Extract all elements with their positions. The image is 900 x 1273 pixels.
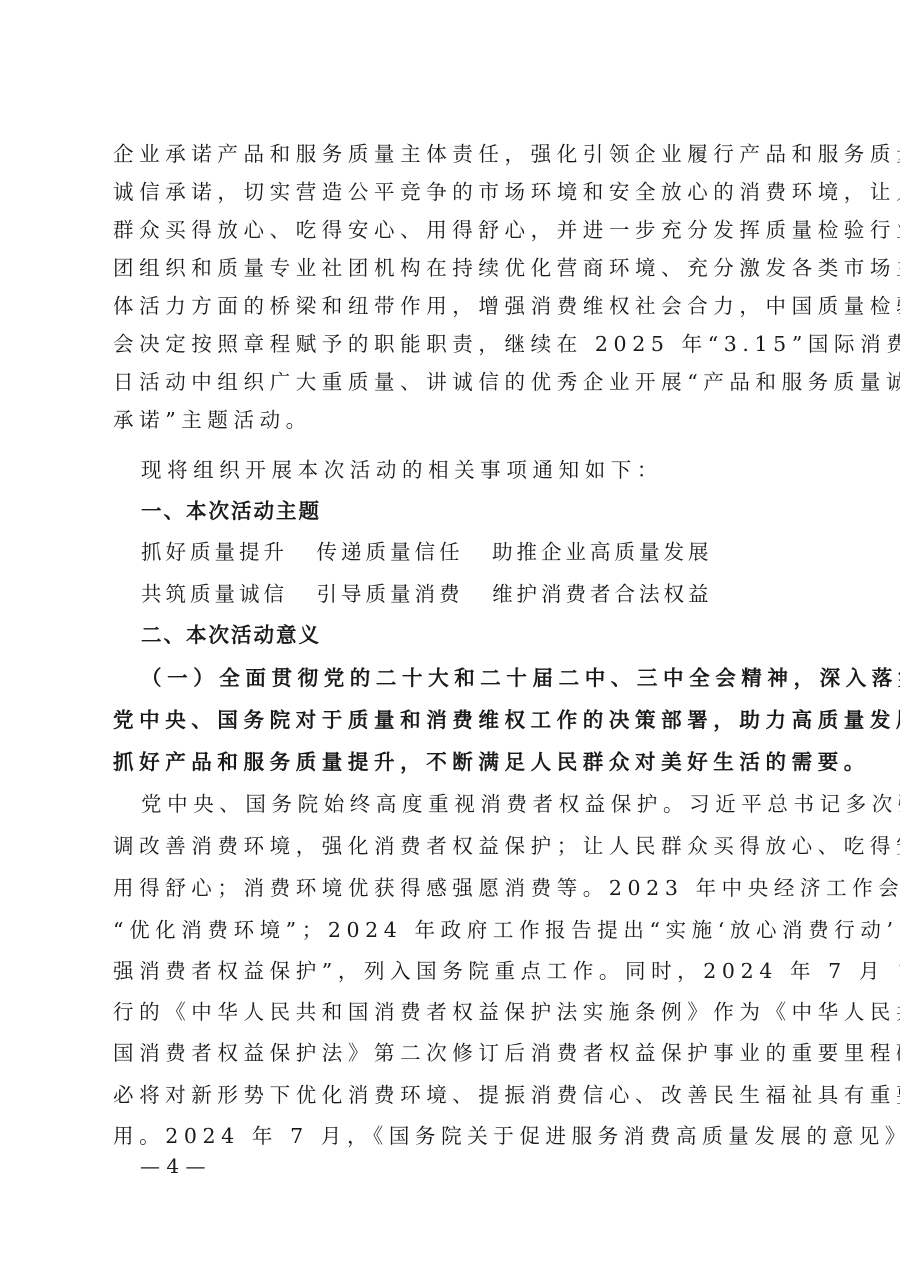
theme-row-2: 共筑质量诚信 引导质量消费 维护消费者合法权益 bbox=[141, 580, 789, 608]
theme-item: 抓好质量提升 bbox=[141, 538, 288, 566]
body-line-5: 强消费者权益保护”，列入国务院重点工作。同时，2024 年 7 月 1 日起施 bbox=[113, 957, 789, 985]
intro-line-7: 日活动中组织广大重质量、讲诚信的优秀企业开展“产品和服务质量诚信 bbox=[113, 368, 789, 396]
subheading-line-2: 党中央、国务院对于质量和消费维权工作的决策部署，助力高质量发展， bbox=[113, 706, 789, 734]
body-line-8: 必将对新形势下优化消费环境、提振消费信心、改善民生福祉具有重要作 bbox=[113, 1081, 789, 1109]
intro-line-6: 会决定按照章程赋予的职能职责，继续在 2025 年“3.15”国际消费者权益 bbox=[113, 330, 789, 358]
intro-line-5: 体活力方面的桥梁和纽带作用，增强消费维权社会合力，中国质量检验协 bbox=[113, 292, 789, 320]
intro-line-4: 团组织和质量专业社团机构在持续优化营商环境、充分激发各类市场主 bbox=[113, 254, 789, 282]
body-line-2: 调改善消费环境，强化消费者权益保护；让人民群众买得放心、吃得安心、 bbox=[113, 832, 789, 860]
theme-item: 维护消费者合法权益 bbox=[492, 580, 713, 608]
theme-item: 共筑质量诚信 bbox=[141, 580, 288, 608]
intro-line-1: 企业承诺产品和服务质量主体责任，强化引领企业履行产品和服务质量 bbox=[113, 140, 789, 168]
body-line-9: 用。2024 年 7 月，《国务院关于促进服务消费高质量发展的意见》发布， bbox=[113, 1122, 789, 1150]
subheading-line-1: （一）全面贯彻党的二十大和二十届二中、三中全会精神，深入落实 bbox=[141, 664, 789, 692]
subheading-line-3: 抓好产品和服务质量提升，不断满足人民群众对美好生活的需要。 bbox=[113, 748, 789, 776]
document-page: 企业承诺产品和服务质量主体责任，强化引领企业履行产品和服务质量 诚信承诺，切实营… bbox=[0, 0, 900, 1273]
section1-heading: 一、本次活动主题 bbox=[141, 497, 789, 525]
theme-item: 传递质量信任 bbox=[317, 538, 464, 566]
intro-line-8: 承诺”主题活动。 bbox=[113, 406, 789, 434]
body-line-7: 国消费者权益保护法》第二次修订后消费者权益保护事业的重要里程碑， bbox=[113, 1039, 789, 1067]
page-number: — 4 — bbox=[140, 1152, 205, 1180]
body-line-3: 用得舒心；消费环境优获得感强愿消费等。2023 年中央经济工作会议提出 bbox=[113, 874, 789, 902]
theme-item: 助推企业高质量发展 bbox=[492, 538, 713, 566]
notice-line: 现将组织开展本次活动的相关事项通知如下： bbox=[141, 456, 789, 484]
theme-item: 引导质量消费 bbox=[317, 580, 464, 608]
section2-heading: 二、本次活动意义 bbox=[141, 621, 789, 649]
body-line-1: 党中央、国务院始终高度重视消费者权益保护。习近平总书记多次强 bbox=[141, 790, 789, 818]
body-line-4: “优化消费环境”；2024 年政府工作报告提出“实施‘放心消费行动’，加 bbox=[113, 916, 789, 944]
intro-line-3: 群众买得放心、吃得安心、用得舒心，并进一步充分发挥质量检验行业社 bbox=[113, 216, 789, 244]
body-line-6: 行的《中华人民共和国消费者权益保护法实施条例》作为《中华人民共和 bbox=[113, 998, 789, 1026]
theme-row-1: 抓好质量提升 传递质量信任 助推企业高质量发展 bbox=[141, 538, 789, 566]
intro-line-2: 诚信承诺，切实营造公平竞争的市场环境和安全放心的消费环境，让人民 bbox=[113, 178, 789, 206]
